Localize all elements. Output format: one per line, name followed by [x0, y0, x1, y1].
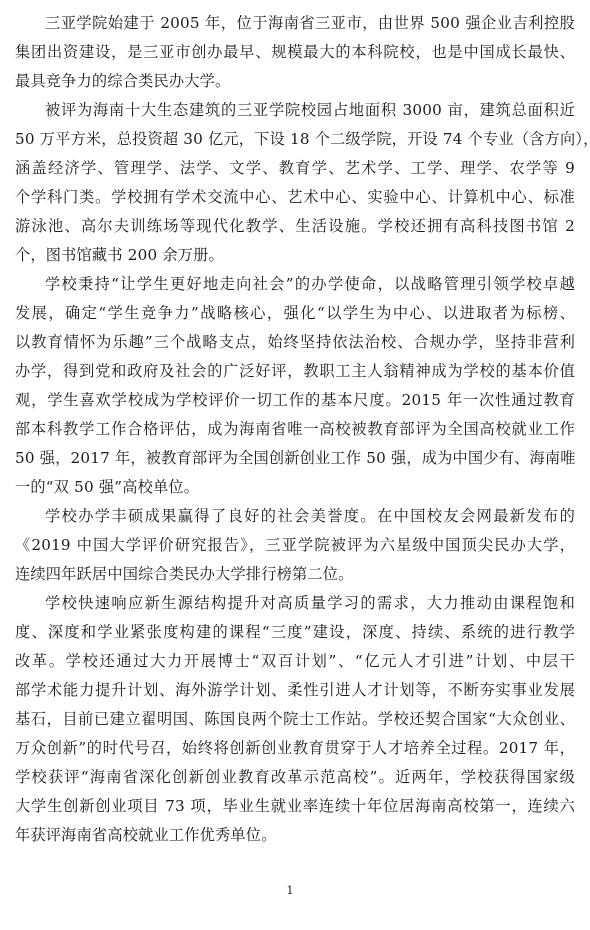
- paragraph-4-line-3: 连续四年跃居中国综合类民办大学排行榜第二位。: [15, 563, 575, 585]
- paragraph-2-line-3: 涵盖经济学、管理学、法学、文学、教育学、艺术学、工学、理学、农学等 9: [15, 157, 575, 179]
- paragraph-2-line-6: 个，图书馆藏书 200 余万册。: [15, 244, 575, 266]
- paragraph-5-line-9: 年获评海南省高校就业工作优秀单位。: [15, 824, 575, 846]
- paragraph-3-line-8: 一的“双 50 强”高校单位。: [15, 476, 575, 498]
- paragraph-5-line-5: 基石，目前已建立翟明国、陈国良两个院士工作站。学校还契合国家“大众创业、: [15, 708, 575, 730]
- paragraph-5-line-7: 学校获评“海南省深化创新创业教育改革示范高校”。近两年，学校获得国家级: [15, 766, 575, 788]
- paragraph-3-line-7: 50 强，2017 年，被教育部评为全国创新创业工作 50 强，成为中国少有、海…: [15, 447, 575, 469]
- page-number: 1: [0, 884, 580, 897]
- paragraph-2-line-5: 游泳池、高尔夫训练场等现代化教学、生活设施。学校还拥有高科技图书馆 2: [15, 215, 575, 237]
- paragraph-5-line-1: 学校快速响应新生源结构提升对高质量学习的需求，大力推动由课程饱和: [45, 592, 575, 614]
- paragraph-5-line-6: 万众创新”的时代号召，始终将创新创业教育贯穿于人才培养全过程。2017 年，: [15, 737, 575, 759]
- paragraph-3-line-1: 学校秉持“让学生更好地走向社会”的办学使命，以战略管理引领学校卓越: [45, 273, 575, 295]
- paragraph-4-line-2: 《2019 中国大学评价研究报告》，三亚学院被评为六星级中国顶尖民办大学，: [15, 534, 575, 556]
- document-page: 三亚学院始建于 2005 年，位于海南省三亚市，由世界 500 强企业吉利控股 …: [0, 0, 590, 930]
- paragraph-3-line-6: 部本科教学工作合格评估，成为海南省唯一高校被教育部评为全国高校就业工作: [15, 418, 575, 440]
- paragraph-2-line-2: 50 万平方米，总投资超 30 亿元，下设 18 个二级学院，开设 74 个专业…: [15, 128, 575, 150]
- paragraph-3-line-2: 发展，确定“学生竞争力”战略核心，强化“以学生为中心、以进取者为标榜、: [15, 302, 575, 324]
- paragraph-4-line-1: 学校办学丰硕成果赢得了良好的社会美誉度。在中国校友会网最新发布的: [45, 505, 575, 527]
- paragraph-1-line-3: 最具竞争力的综合类民办大学。: [15, 70, 575, 92]
- paragraph-2-line-1: 被评为海南十大生态建筑的三亚学院校园占地面积 3000 亩，建筑总面积近: [45, 99, 575, 121]
- paragraph-5-line-3: 改革。学校还通过大力开展博士“双百计划”、“亿元人才引进”计划、中层干: [15, 650, 575, 672]
- paragraph-3-line-4: 办学，得到党和政府及社会的广泛好评，教职工主人翁精神成为学校的基本价值: [15, 360, 575, 382]
- paragraph-5-line-8: 大学生创新创业项目 73 项，毕业生就业率连续十年位居海南高校第一，连续六: [15, 795, 575, 817]
- paragraph-1-line-2: 集团出资建设，是三亚市创办最早、规模最大的本科院校，也是中国成长最快、: [15, 41, 575, 63]
- paragraph-3-line-3: 以教育情怀为乐趣”三个战略支点，始终坚持依法治校、合规办学，坚持非营利: [15, 331, 575, 353]
- paragraph-1-line-1: 三亚学院始建于 2005 年，位于海南省三亚市，由世界 500 强企业吉利控股: [45, 12, 575, 34]
- paragraph-5-line-2: 度、深度和学业紧张度构建的课程“三度”建设，深度、持续、系统的进行教学: [15, 621, 575, 643]
- paragraph-3-line-5: 观，学生喜欢学校成为学校评价一切工作的基本尺度。2015 年一次性通过教育: [15, 389, 575, 411]
- paragraph-5-line-4: 部学术能力提升计划、海外游学计划、柔性引进人才计划等，不断夯实事业发展: [15, 679, 575, 701]
- paragraph-2-line-4: 个学科门类。学校拥有学术交流中心、艺术中心、实验中心、计算机中心、标准: [15, 186, 575, 208]
